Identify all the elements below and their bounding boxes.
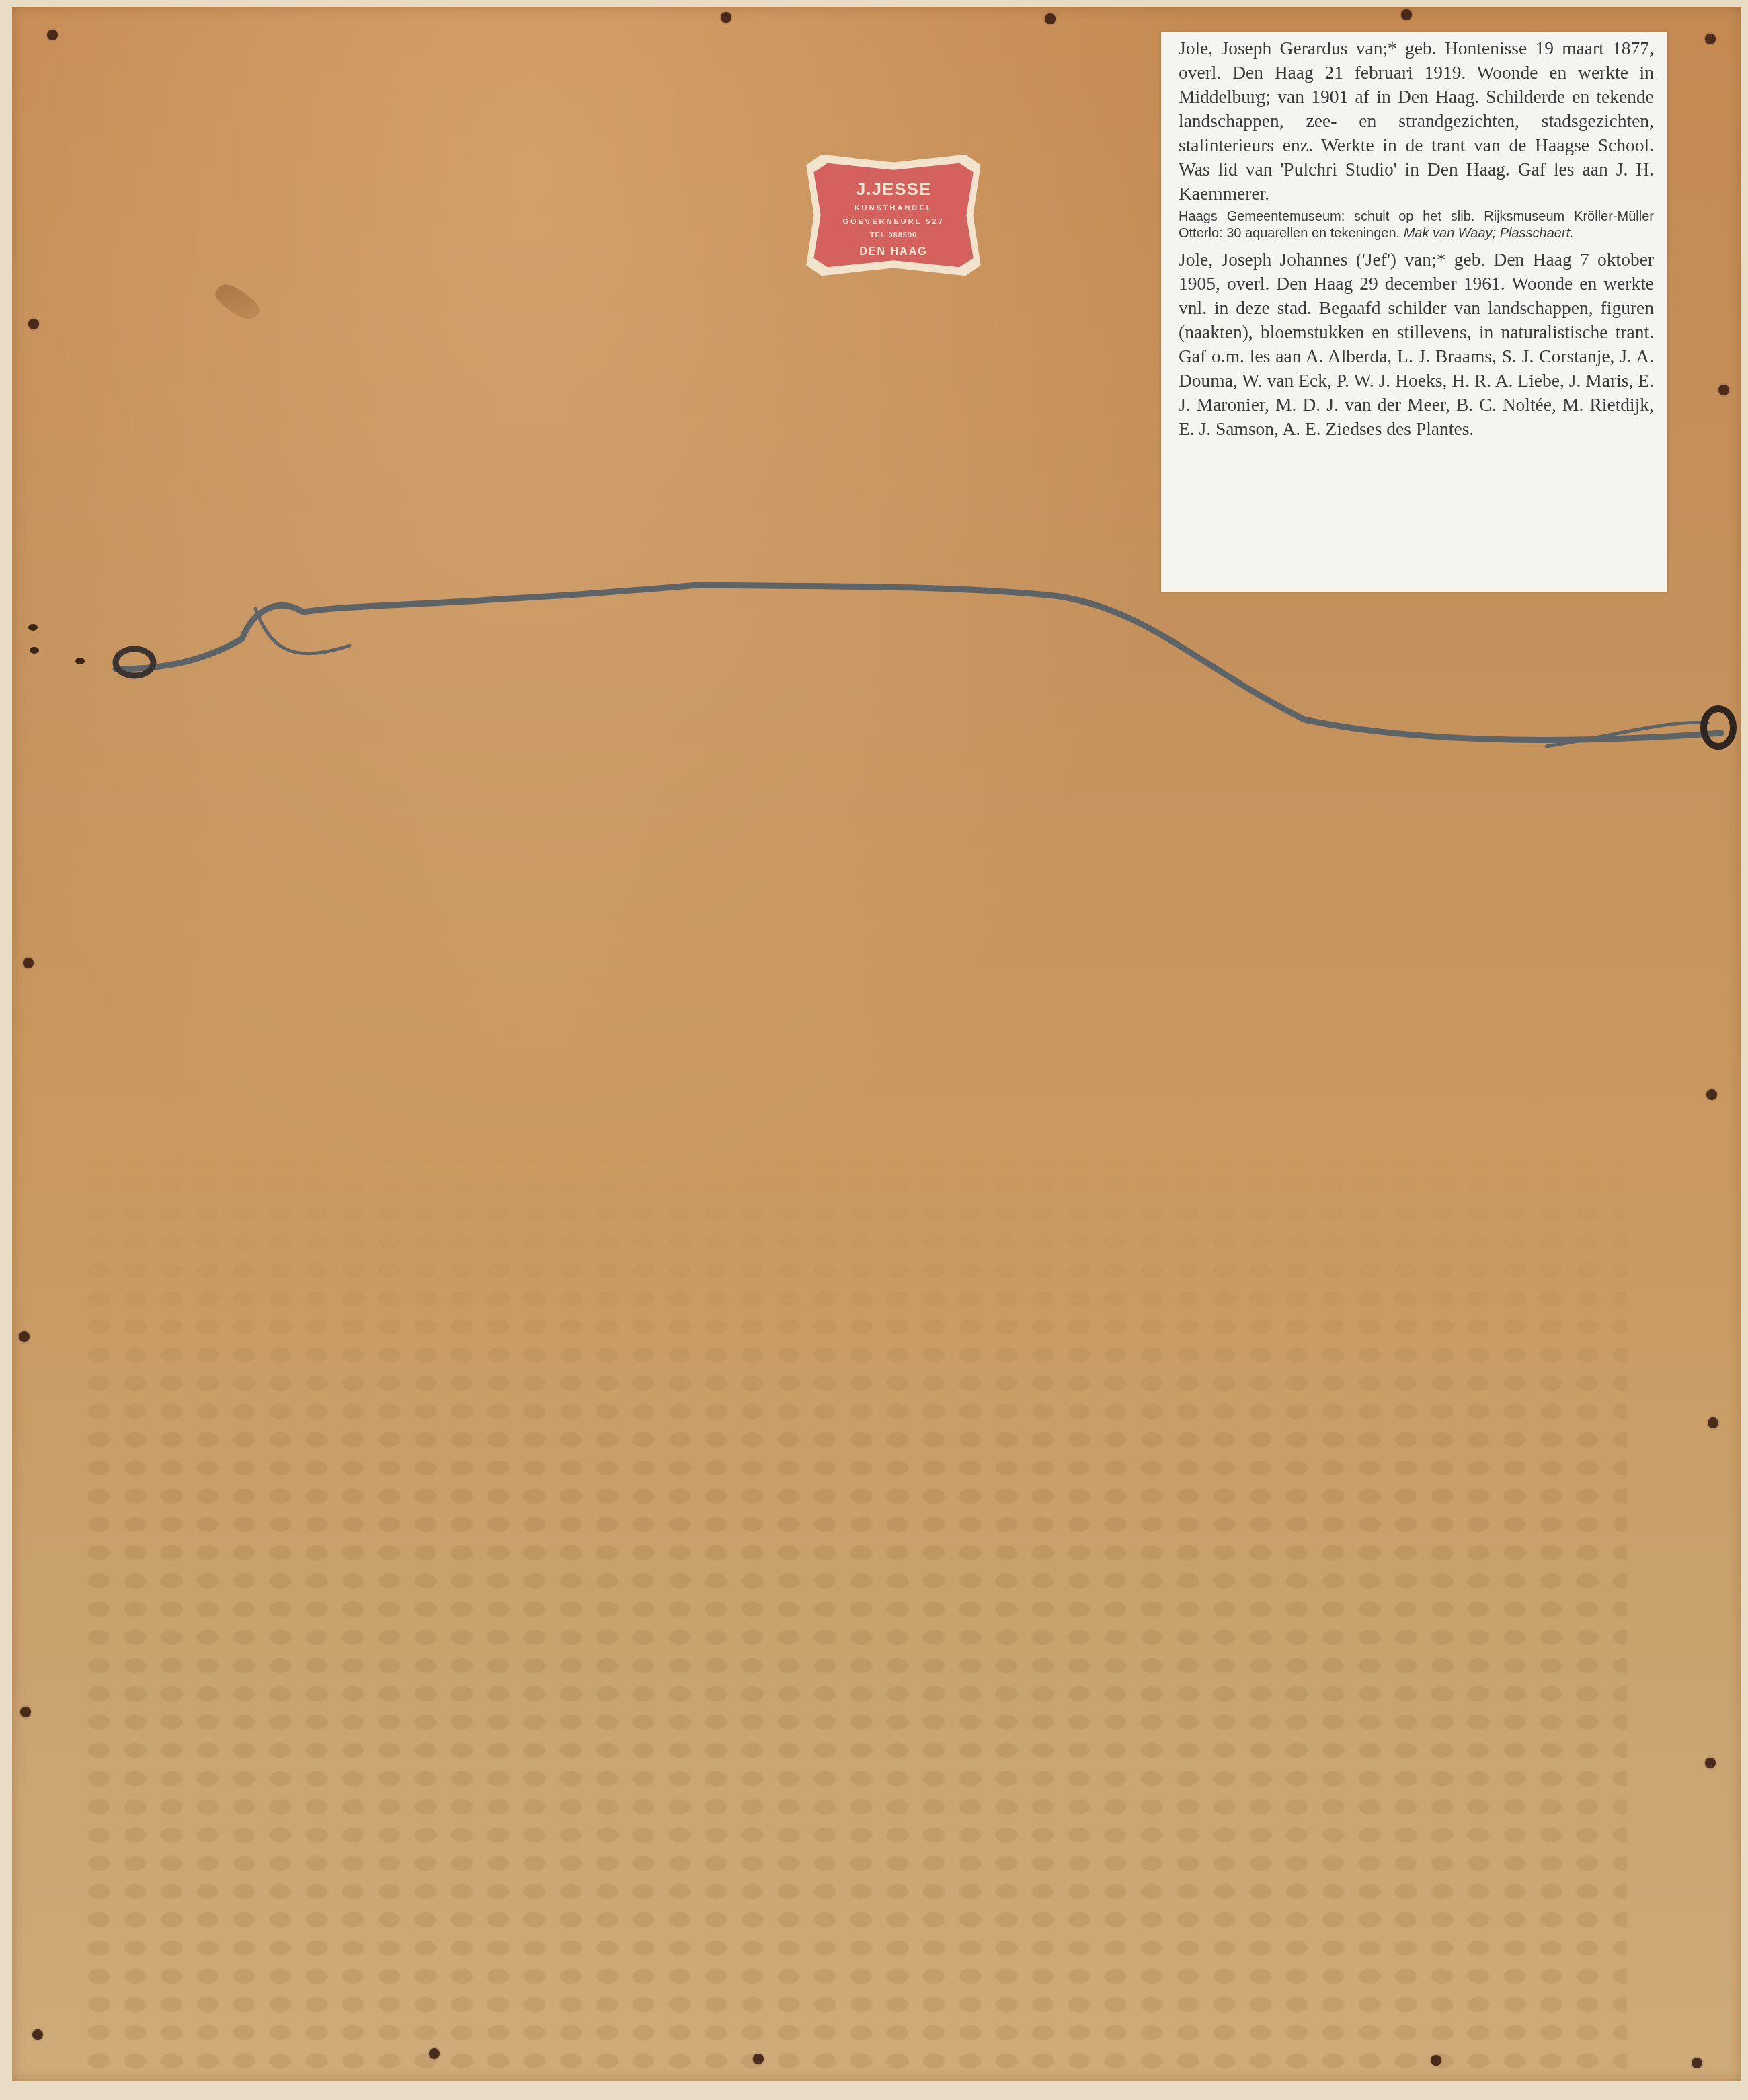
dealer-line1: KUNSTHANDEL: [807, 204, 980, 212]
bio-entry-joseph-johannes: Jole, Joseph Johannes ('Jef') van;* geb.…: [1179, 247, 1654, 441]
bio-entry-joseph-gerardus: Jole, Joseph Gerardus van;* geb. Honteni…: [1179, 36, 1654, 206]
biography-clipping: Jole, Joseph Gerardus van;* geb. Honteni…: [1161, 32, 1667, 592]
literature-references: Mak van Waay; Plasschaert.: [1404, 226, 1574, 241]
dealer-stamp: J.JESSE KUNSTHANDEL GOEVERNEURL 527 TEL …: [799, 149, 988, 281]
museum-references: Haags Gemeentemuseum: schuit op het slib…: [1179, 208, 1654, 242]
dealer-city: DEN HAAG: [807, 246, 980, 258]
dealer-phone: TEL 988590: [807, 231, 980, 239]
dealer-address: GOEVERNEURL 527: [807, 218, 980, 226]
dealer-name: J.JESSE: [807, 179, 980, 200]
